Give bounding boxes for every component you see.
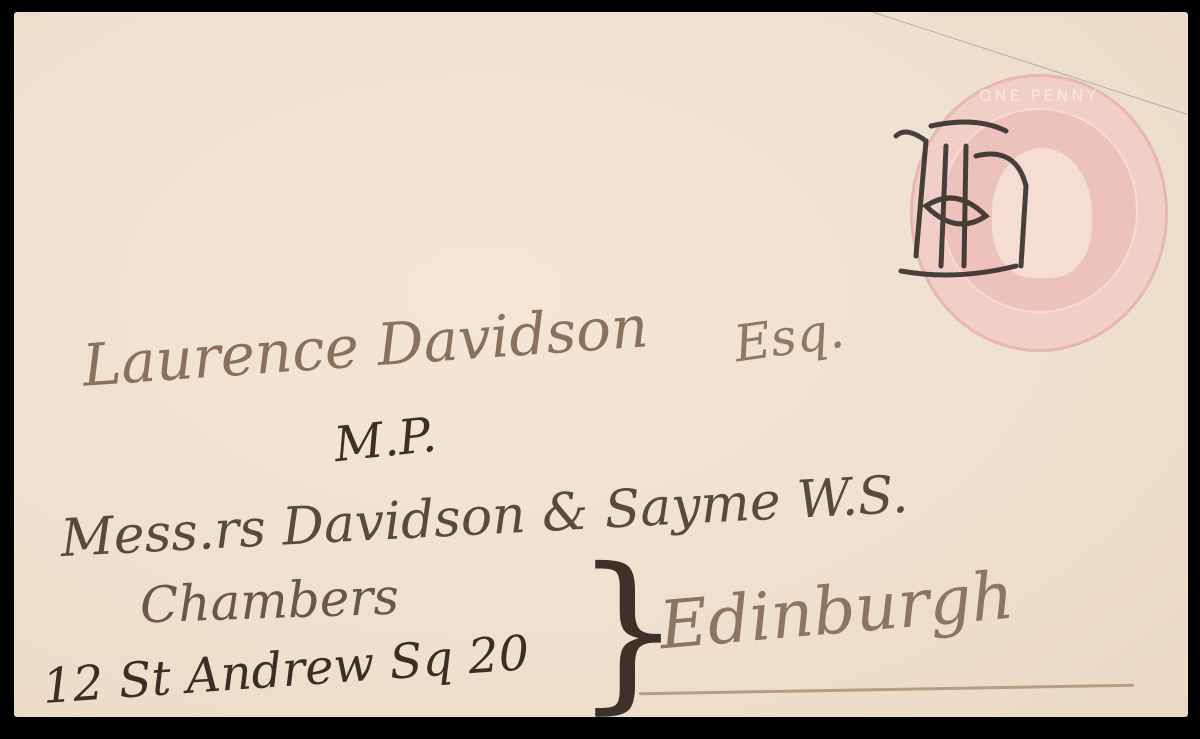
address-line-chambers: Chambers <box>139 568 400 635</box>
address-line-name: Laurence Davidson <box>80 292 650 399</box>
city-underline <box>639 684 1134 696</box>
envelope: ONE PENNY Laurence Davidson Esq. M.P. Me… <box>14 12 1188 717</box>
address-line-firm: Mess.rs Davidson & Sayme W.S. <box>59 465 910 569</box>
address-line-title: M.P. <box>331 407 439 473</box>
cancellation-mark-icon <box>886 96 1036 286</box>
address-honorific: Esq. <box>730 301 847 374</box>
address-line-street: 12 St Andrew Sq 20 <box>41 625 531 715</box>
address-city: Edinburgh <box>656 557 1016 665</box>
